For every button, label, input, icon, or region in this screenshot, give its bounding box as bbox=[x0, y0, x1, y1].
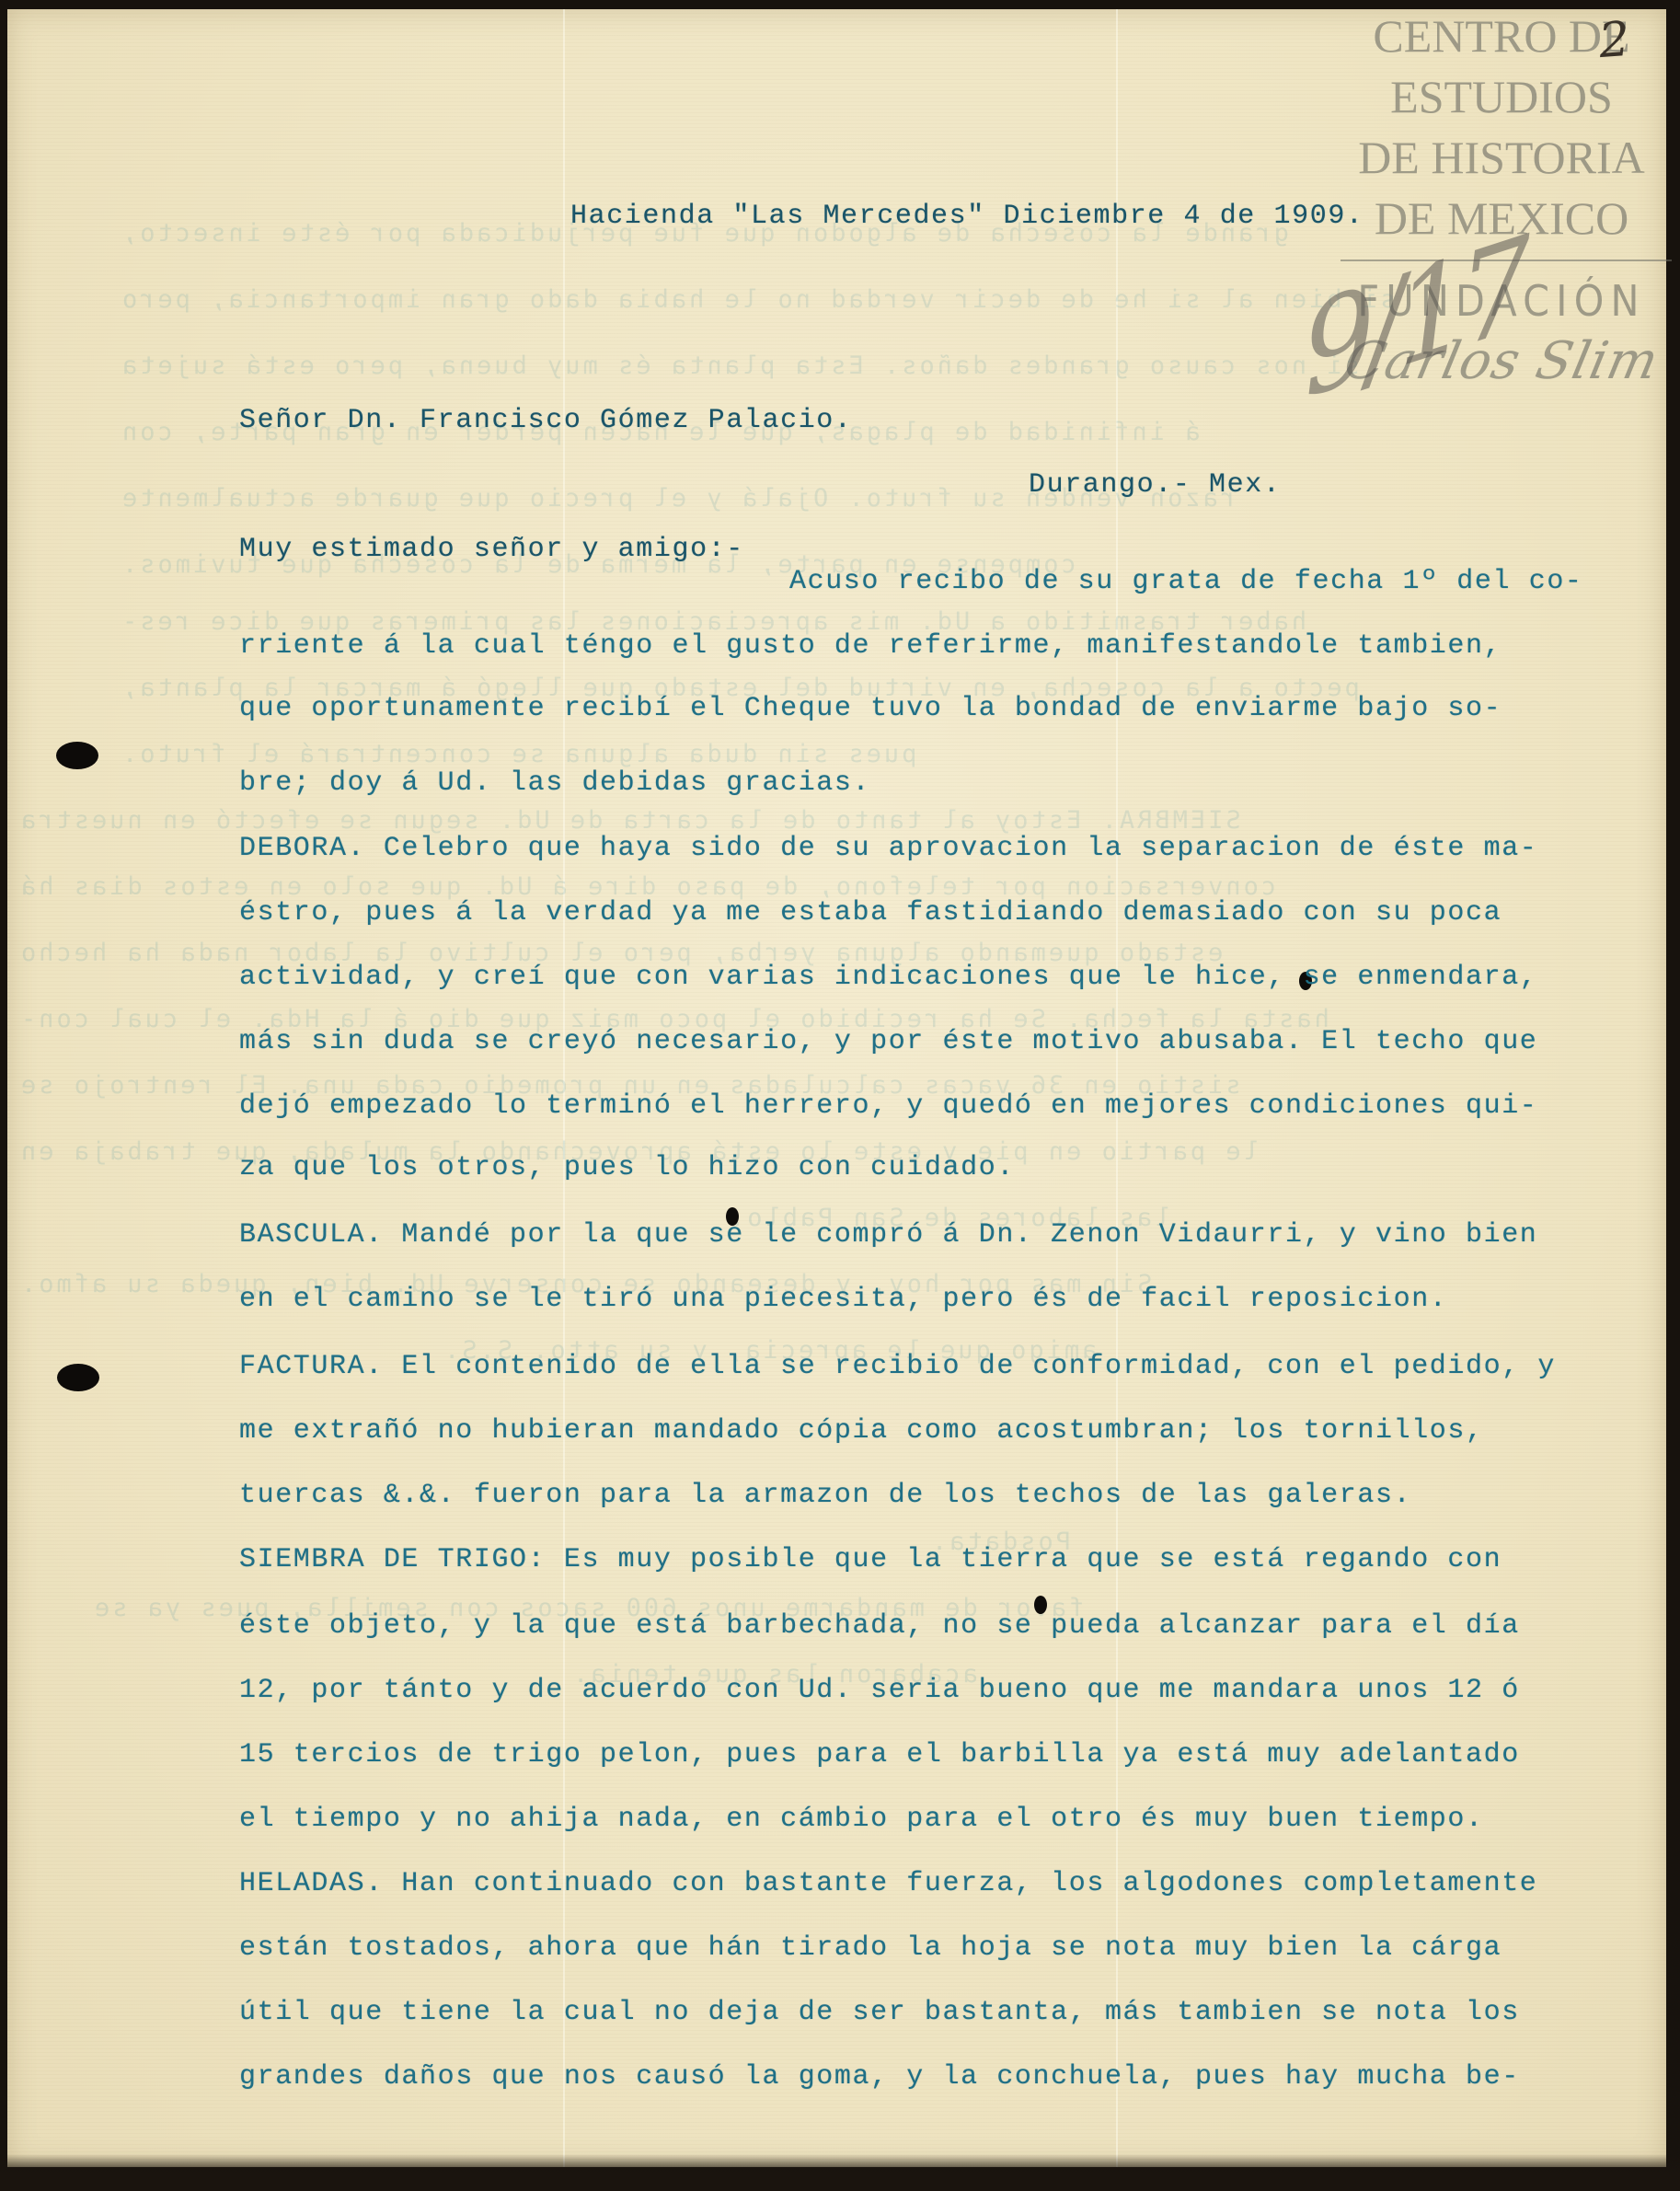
bleed-line: si bien al si he de decir verdad no le h… bbox=[120, 285, 1395, 314]
letter-line: FACTURA. El contenido de ella se recibio… bbox=[239, 1351, 1556, 1382]
letter-line: dejó empezado lo terminó el herrero, y q… bbox=[239, 1090, 1537, 1122]
letter-line: más sin duda se creyó necesario, y por é… bbox=[239, 1026, 1537, 1057]
letter-location: Durango.- Mex. bbox=[1029, 469, 1281, 501]
letter-line: bre; doy á Ud. las debidas gracias. bbox=[239, 767, 870, 799]
letter-line: éste objeto, y la que está barbechada, n… bbox=[239, 1610, 1520, 1642]
letter-line: actividad, y creí que con varias indicac… bbox=[239, 962, 1537, 993]
letter-line: BASCULA. Mandé por la que se le compró á… bbox=[239, 1219, 1537, 1251]
letter-line: en el camino se le tiró una piecesita, p… bbox=[239, 1284, 1447, 1315]
watermark-line: ESTUDIOS bbox=[1341, 66, 1663, 127]
letter-line: me extrañó no hubieran mandado cópia com… bbox=[239, 1415, 1484, 1447]
letter-line: útil que tiene la cual no deja de ser ba… bbox=[239, 1997, 1520, 2028]
letter-dateline: Hacienda "Las Mercedes" Diciembre 4 de 1… bbox=[570, 201, 1364, 232]
letter-line: el tiempo y no ahija nada, en cámbio par… bbox=[239, 1804, 1484, 1835]
letter-line: rriente á la cual téngo el gusto de refe… bbox=[239, 630, 1502, 662]
letter-line: 12, por tánto y de acuerdo con Ud. seria… bbox=[239, 1675, 1520, 1706]
letter-line: tuercas &.&. fueron para la armazon de l… bbox=[239, 1480, 1411, 1511]
letter-salutation: Muy estimado señor y amigo:- bbox=[239, 534, 744, 565]
letter-line: za que los otros, pues lo hizo con cuida… bbox=[239, 1152, 1015, 1183]
punch-hole bbox=[56, 742, 98, 769]
letter-line: grandes daños que nos causó la goma, y l… bbox=[239, 2061, 1520, 2093]
letter-line: 15 tercios de trigo pelon, pues para el … bbox=[239, 1739, 1520, 1770]
letter-line: Acuso recibo de su grata de fecha 1º del… bbox=[789, 566, 1583, 597]
bleed-line: SIEMBRA. Estoy al tanto de la carta de U… bbox=[18, 806, 1241, 835]
letter-line: DEBORA. Celebro que haya sido de su apro… bbox=[239, 833, 1537, 864]
watermark-line: DE HISTORIA bbox=[1341, 127, 1663, 188]
letter-recipient: Señor Dn. Francisco Gómez Palacio. bbox=[239, 405, 853, 436]
handwritten-folio-number: 2 bbox=[1597, 12, 1631, 69]
letter-line: éstro, pues á la verdad ya me estaba fas… bbox=[239, 897, 1502, 928]
bleed-line: si nos causo grandes daños. Esta planta … bbox=[120, 352, 1360, 380]
letter-line: están tostados, ahora que hán tirado la … bbox=[239, 1932, 1502, 1964]
scan-bottom-edge bbox=[0, 2154, 1680, 2191]
bleed-line: pues sin duda alguna se concentrará el f… bbox=[120, 740, 917, 768]
letter-line: SIEMBRA DE TRIGO: Es muy posible que la … bbox=[239, 1544, 1502, 1575]
letter-line: HELADAS. Han continuado con bastante fue… bbox=[239, 1868, 1537, 1899]
punch-hole bbox=[57, 1364, 99, 1391]
letter-line: que oportunamente recibí el Cheque tuvo … bbox=[239, 693, 1502, 724]
